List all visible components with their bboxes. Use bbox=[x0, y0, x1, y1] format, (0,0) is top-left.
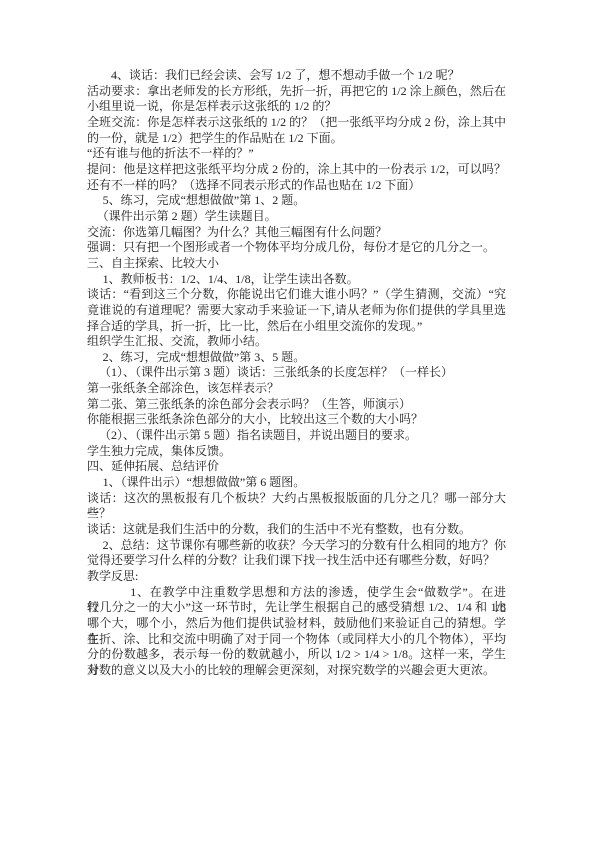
text-line: 1、在教学中注重数学思想和方法的渗透，使学生会“做数学”。在进行“比 bbox=[87, 585, 506, 601]
text-line: 学生独力完成，集体反馈。 bbox=[87, 444, 506, 460]
text-line: （2）、（课件出示第 5 题）指名读题目，并说出题目的要求。 bbox=[87, 428, 506, 444]
text-line: 在折、涂、比和交流中明确了对于同一个物体（或同样大小的几个物体），平均 bbox=[87, 632, 506, 648]
text-line: 强调：只有把一个图形或者一个物体平均分成几份，每份才是它的几分之一。 bbox=[87, 240, 506, 256]
text-line: 4、谈话：我们已经会读、会写 1/2 了，想不想动手做一个 1/2 呢？ bbox=[87, 68, 506, 84]
document-page: 4、谈话：我们已经会读、会写 1/2 了，想不想动手做一个 1/2 呢？活动要求… bbox=[0, 0, 595, 842]
text-line: 谈话：这次的黑板报有几个板块？大约占黑板报版面的几分之几？哪一部分大一 bbox=[87, 491, 506, 507]
text-line: 提问：他是这样把这张纸平均分成 2 份的，涂上其中的一份表示 1/2，可以吗？ bbox=[87, 162, 506, 178]
text-line: 组织学生汇报、交流，教师小结。 bbox=[87, 334, 506, 350]
text-line: 1、教师板书：1/2、1/4、1/8，让学生读出各数。 bbox=[87, 272, 506, 288]
text-line: （课件出示第 2 题）学生读题目。 bbox=[87, 209, 506, 225]
text-line: 竟谁说的有道理呢？需要大家动手来验证一下,请从老师为你们提供的学具里选 bbox=[87, 303, 506, 319]
text-line: 交流：你选第几幅图？为什么？其他三幅图有什么问题？ bbox=[87, 225, 506, 241]
text-line: 第二张、第三张纸条的涂色部分会表示吗？（生答，师演示） bbox=[87, 397, 506, 413]
text-line: 分的份数越多，表示每一份的数就越小，所以 1/2 > 1/4 > 1/8。这样一… bbox=[87, 647, 506, 663]
text-line: 全班交流：你是怎样表示这张纸的 1/2 的？（把一张纸平均分成 2 份，涂上其中 bbox=[87, 115, 506, 131]
text-line: 谈话：“看到这三个分数，你能说出它们谁大谁小吗？”（学生猜测，交流）“究 bbox=[87, 287, 506, 303]
text-line: 谈话：这就是我们生活中的分数，我们的生活中不光有整数，也有分数。 bbox=[87, 522, 506, 538]
text-line: “还有谁与他的折法不一样的？” bbox=[87, 146, 506, 162]
text-line: （1）、（课件出示第 3 题）谈话：三张纸条的长度怎样？（一样长） bbox=[87, 365, 506, 381]
text-line: 还有不一样的吗？（选择不同表示形式的作品也贴在 1/2 下面） bbox=[87, 178, 506, 194]
text-line: 较几分之一的大小”这一环节时，先让学生根据自己的感受猜想 1/2、1/4 和 1… bbox=[87, 600, 506, 616]
text-line: 些？ bbox=[87, 506, 506, 522]
text-line: 教学反思: bbox=[87, 569, 506, 585]
text-line: 四、延伸拓展、总结评价 bbox=[87, 459, 506, 475]
text-line: 分数的意义以及大小的比较的理解会更深刻，对探究数学的兴趣会更大更浓。 bbox=[87, 663, 506, 679]
text-line: 1、（课件出示）“想想做做”第 6 题图。 bbox=[87, 475, 506, 491]
text-line: 2、练习，完成“想想做做”第 3、5 题。 bbox=[87, 350, 506, 366]
text-line: 觉得还要学习什么样的分数？让我们课下找一找生活中还有哪些分数，好吗？ bbox=[87, 553, 506, 569]
text-line: 三、自主探索、比较大小 bbox=[87, 256, 506, 272]
text-line: 的一份，就是 1/2）把学生的作品贴在 1/2 下面。 bbox=[87, 131, 506, 147]
text-line: 第一张纸条全部涂色，该怎样表示？ bbox=[87, 381, 506, 397]
text-line: 2、总结：这节课你有哪些新的收获？今天学习的分数有什么相同的地方？你 bbox=[87, 538, 506, 554]
text-line: 择合适的学具，折一折，比一比，然后在小组里交流你的发现。” bbox=[87, 319, 506, 335]
text-line: 你能根据三张纸条涂色部分的大小，比较出这三个数的大小吗？ bbox=[87, 412, 506, 428]
text-line: 5、练习，完成“想想做做”第 1、2 题。 bbox=[87, 193, 506, 209]
text-line: 活动要求：拿出老师发的长方形纸，先折一折，再把它的 1/2 涂上颜色，然后在 bbox=[87, 84, 506, 100]
text-block: 4、谈话：我们已经会读、会写 1/2 了，想不想动手做一个 1/2 呢？活动要求… bbox=[87, 68, 506, 679]
text-line: 哪个大，哪个小，然后为他们提供试验材料，鼓励他们来验证自己的猜想。学生 bbox=[87, 616, 506, 632]
text-line: 小组里说一说，你是怎样表示这张纸的 1/2 的？ bbox=[87, 99, 506, 115]
